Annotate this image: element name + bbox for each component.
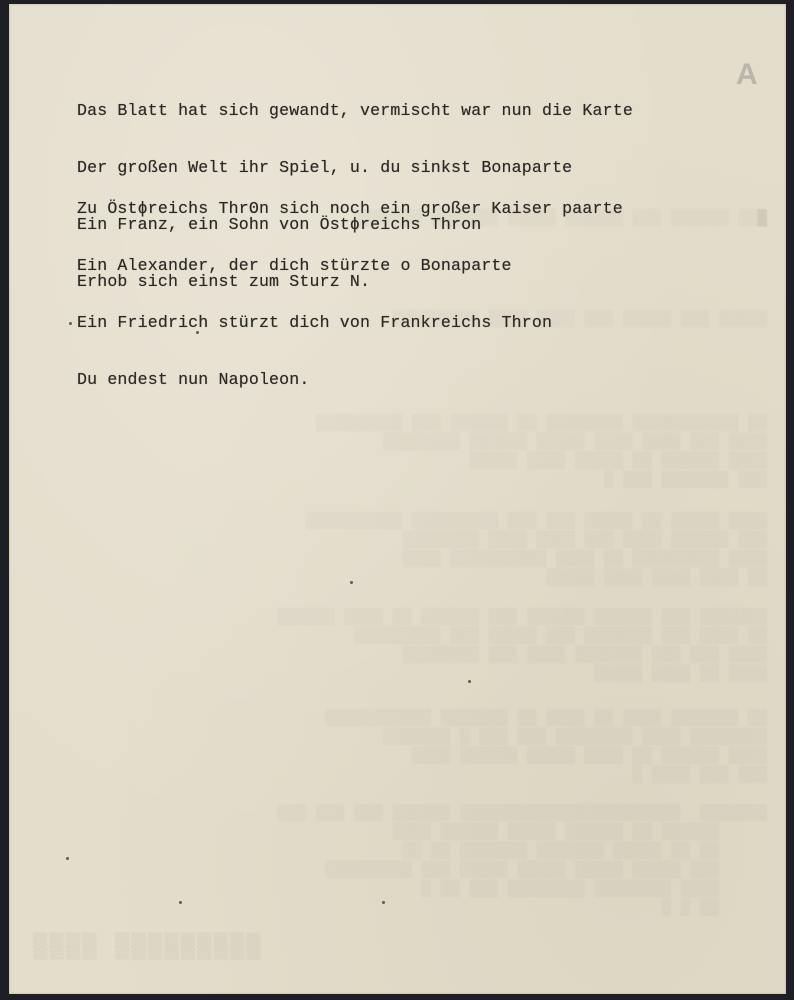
ink-speck (382, 901, 385, 904)
scanned-page: █▒▒ ▒▒▒▒▒▒ ▒▒▒ ▒▒▒▒▒▒ ▒▒▒▒▒ ▒▒▒▒▒▒▒ ▒▒▒▒… (0, 0, 794, 1000)
ink-speck (66, 857, 69, 860)
ink-speck (468, 680, 471, 683)
poem-stanza-2: Zu Östɸreichs Thrʘn sich noch ein großer… (77, 161, 623, 427)
ink-speck (350, 581, 353, 584)
poem-line: Ein Alexander, der dich stürzte o Bonapa… (77, 256, 623, 275)
bleed-through-text: ▒▒▒▒ ▒▒▒▒▒ ▒▒ ▒▒▒▒▒ ▒▒▒ ▒▒▒ ▒▒▒▒▒▒▒▒▒ ▒▒… (77, 512, 767, 588)
paper-sheet: █▒▒ ▒▒▒▒▒▒ ▒▒▒ ▒▒▒▒▒▒ ▒▒▒▒▒ ▒▒▒▒▒▒▒ ▒▒▒▒… (9, 4, 786, 994)
ink-speck (69, 322, 72, 325)
ink-speck (179, 901, 182, 904)
ink-speck (196, 331, 199, 334)
poem-line: Ein Friedrich stürzt dich von Frankreich… (77, 313, 623, 332)
bleed-through-text: ▒▒ ▒▒▒▒▒▒▒ ▒▒▒▒ ▒▒ ▒▒▒▒ ▒▒ ▒▒▒▒▒▒▒ ▒▒▒▒▒… (77, 709, 767, 785)
poem-line: Du endest nun Napoleon. (77, 370, 623, 389)
archive-stamp: A (736, 58, 758, 92)
bleed-through-text: ▒▒▒▒▒▒▒ ▒▒▒ ▒▒▒▒▒▒ ▒▒▒▒▒▒ ▒▒▒ ▒▒▒▒▒▒ ▒▒ … (77, 608, 767, 684)
poem-line: Zu Östɸreichs Thrʘn sich noch ein großer… (77, 199, 623, 218)
poem-line: Das Blatt hat sich gewandt, vermischt wa… (77, 101, 633, 120)
bleed-through-heading: ▒▒▒▒▒▒▒▒▒ ▒▒▒▒ (31, 934, 261, 961)
